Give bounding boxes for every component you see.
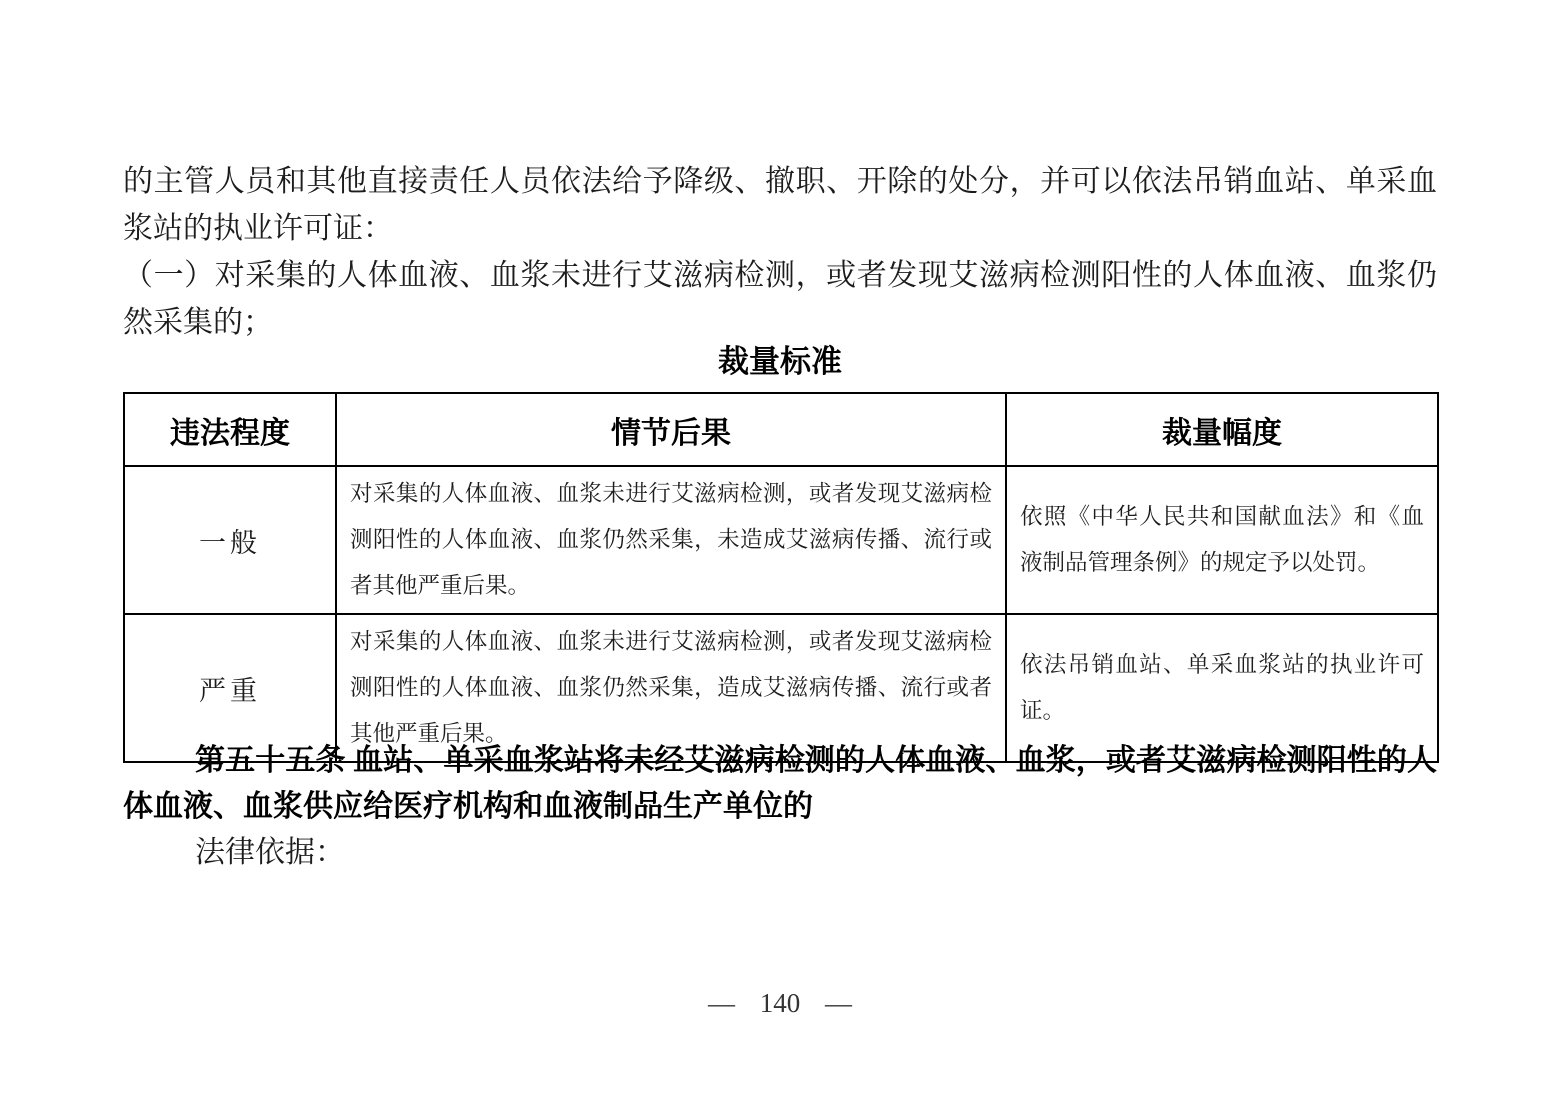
paragraph-continuation: 的主管人员和其他直接责任人员依法给予降级、撤职、开除的处分，并可以依法吊销血站、… — [123, 158, 1437, 252]
table-header-row: 违法程度 情节后果 裁量幅度 — [124, 393, 1438, 466]
legal-basis-label: 法律依据： — [123, 830, 1437, 876]
article-55-paragraph: 第五十五条 血站、单采血浆站将未经艾滋病检测的人体血液、血浆，或者艾滋病检测阳性… — [123, 738, 1437, 830]
header-circumstance-consequence: 情节后果 — [336, 393, 1006, 466]
table-row: 一般 对采集的人体血液、血浆未进行艾滋病检测，或者发现艾滋病检测阳性的人体血液、… — [124, 466, 1438, 614]
header-discretion-range: 裁量幅度 — [1006, 393, 1438, 466]
discretion-standard-table: 违法程度 情节后果 裁量幅度 一般 对采集的人体血液、血浆未进行艾滋病检测，或者… — [123, 392, 1439, 763]
degree-cell: 一般 — [124, 466, 336, 614]
consequence-cell: 对采集的人体血液、血浆未进行艾滋病检测，或者发现艾滋病检测阳性的人体血液、血浆仍… — [336, 466, 1006, 614]
paragraph-item-one: （一）对采集的人体血液、血浆未进行艾滋病检测，或者发现艾滋病检测阳性的人体血液、… — [123, 252, 1437, 346]
page-number: — 140 — — [123, 988, 1437, 1019]
document-page: 的主管人员和其他直接责任人员依法给予降级、撤职、开除的处分，并可以依法吊销血站、… — [0, 0, 1558, 1102]
discretion-cell: 依照《中华人民共和国献血法》和《血液制品管理条例》的规定予以处罚。 — [1006, 466, 1438, 614]
header-violation-degree: 违法程度 — [124, 393, 336, 466]
after-table-block: 第五十五条 血站、单采血浆站将未经艾滋病检测的人体血液、血浆，或者艾滋病检测阳性… — [123, 738, 1437, 876]
table-title: 裁量标准 — [123, 336, 1437, 381]
page-content: 的主管人员和其他直接责任人员依法给予降级、撤职、开除的处分，并可以依法吊销血站、… — [123, 0, 1437, 1102]
